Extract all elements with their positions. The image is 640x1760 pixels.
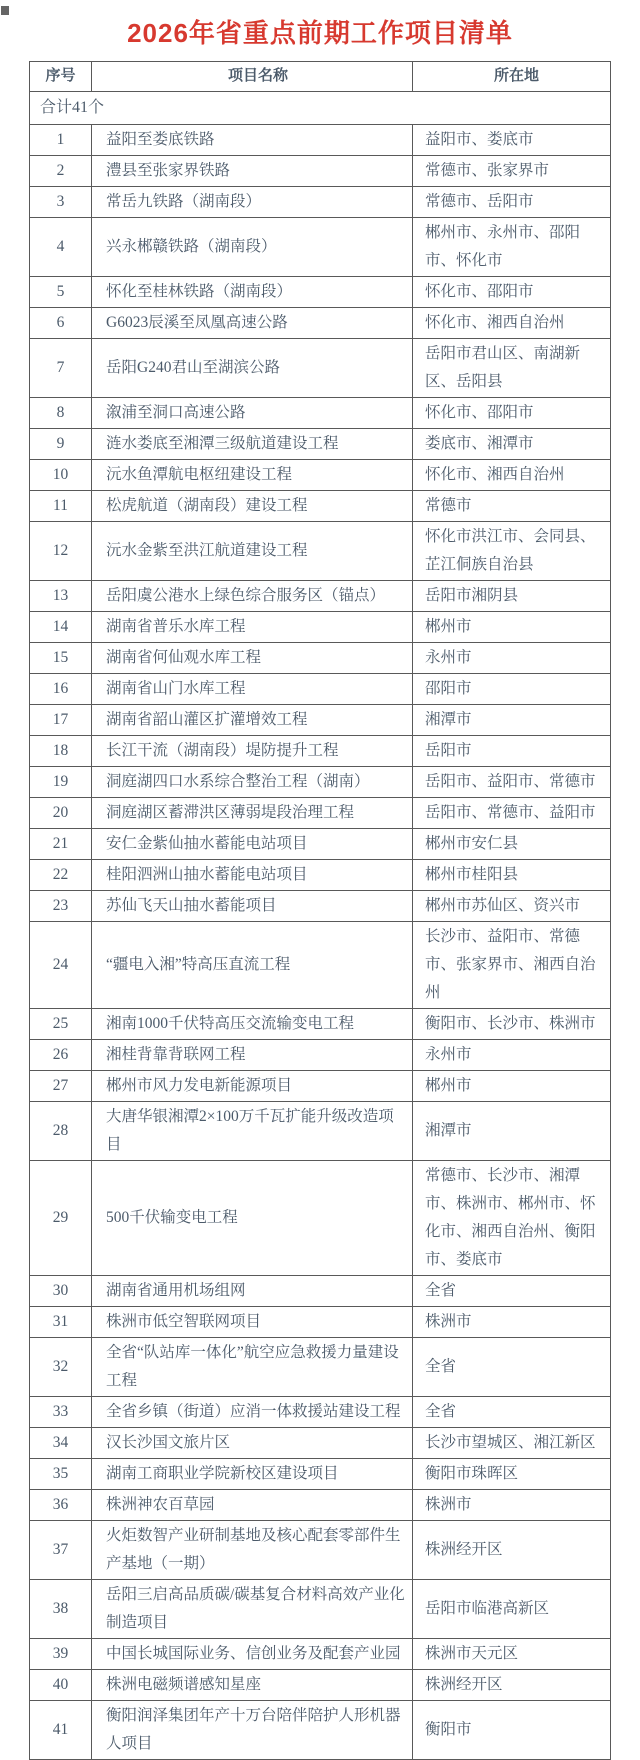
cell-location: 长沙市、益阳市、常德市、张家界市、湘西自治州	[413, 922, 611, 1009]
cell-name: 郴州市风力发电新能源项目	[92, 1071, 413, 1102]
cell-name: 汉长沙国文旅片区	[92, 1428, 413, 1459]
cell-location: 常德市、岳阳市	[413, 187, 611, 218]
header-seq: 序号	[30, 62, 92, 92]
cell-location: 株洲市	[413, 1490, 611, 1521]
table-row: 24“疆电入湘”特高压直流工程长沙市、益阳市、常德市、张家界市、湘西自治州	[30, 922, 611, 1009]
table-row: 20洞庭湖区蓄滞洪区薄弱堤段治理工程岳阳市、常德市、益阳市	[30, 798, 611, 829]
cell-seq: 23	[30, 891, 92, 922]
corner-artifact	[1, 6, 9, 15]
cell-seq: 14	[30, 612, 92, 643]
cell-seq: 28	[30, 1102, 92, 1161]
cell-name: 兴永郴赣铁路（湖南段）	[92, 218, 413, 277]
table-row: 2澧县至张家界铁路常德市、张家界市	[30, 156, 611, 187]
cell-location: 全省	[413, 1338, 611, 1397]
cell-name: 岳阳三启高品质碳/碳基复合材料高效产业化制造项目	[92, 1580, 413, 1639]
cell-location: 郴州市安仁县	[413, 829, 611, 860]
cell-location: 郴州市桂阳县	[413, 860, 611, 891]
cell-seq: 11	[30, 491, 92, 522]
cell-name: 洞庭湖四口水系综合整治工程（湖南）	[92, 767, 413, 798]
cell-location: 岳阳市湘阴县	[413, 581, 611, 612]
cell-name: 苏仙飞天山抽水蓄能项目	[92, 891, 413, 922]
table-row: 25湘南1000千伏特高压交流输变电工程衡阳市、长沙市、株洲市	[30, 1009, 611, 1040]
cell-seq: 1	[30, 125, 92, 156]
cell-name: 长江干流（湖南段）堤防提升工程	[92, 736, 413, 767]
table-row: 39中国长城国际业务、信创业务及配套产业园株洲市天元区	[30, 1639, 611, 1670]
cell-location: 郴州市、永州市、邵阳市、怀化市	[413, 218, 611, 277]
cell-name: 桂阳泗洲山抽水蓄能电站项目	[92, 860, 413, 891]
cell-name: 中国长城国际业务、信创业务及配套产业园	[92, 1639, 413, 1670]
cell-name: 怀化至桂林铁路（湖南段）	[92, 277, 413, 308]
table-row: 7岳阳G240君山至湖滨公路岳阳市君山区、南湖新区、岳阳县	[30, 339, 611, 398]
table-row: 12沅水金紫至洪江航道建设工程怀化市洪江市、会同县、芷江侗族自治县	[30, 522, 611, 581]
article-page: 2026年省重点前期工作项目清单 序号 项目名称 所在地 合计41个 1益阳至娄…	[0, 0, 640, 1760]
cell-seq: 20	[30, 798, 92, 829]
table-row: 29500千伏输变电工程常德市、长沙市、湘潭市、株洲市、郴州市、怀化市、湘西自治…	[30, 1161, 611, 1276]
cell-name: 湖南工商职业学院新校区建设项目	[92, 1459, 413, 1490]
cell-name: 火炬数智产业研制基地及核心配套零部件生产基地（一期）	[92, 1521, 413, 1580]
cell-name: 澧县至张家界铁路	[92, 156, 413, 187]
cell-seq: 22	[30, 860, 92, 891]
table-row: 34汉长沙国文旅片区长沙市望城区、湘江新区	[30, 1428, 611, 1459]
cell-location: 娄底市、湘潭市	[413, 429, 611, 460]
table-row: 8溆浦至洞口高速公路怀化市、邵阳市	[30, 398, 611, 429]
cell-location: 长沙市望城区、湘江新区	[413, 1428, 611, 1459]
cell-location: 怀化市、湘西自治州	[413, 460, 611, 491]
cell-name: 全省乡镇（街道）应消一体救援站建设工程	[92, 1397, 413, 1428]
table-row: 9涟水娄底至湘潭三级航道建设工程娄底市、湘潭市	[30, 429, 611, 460]
table-row: 16湖南省山门水库工程邵阳市	[30, 674, 611, 705]
cell-location: 常德市	[413, 491, 611, 522]
table-body: 合计41个 1益阳至娄底铁路益阳市、娄底市2澧县至张家界铁路常德市、张家界市3常…	[30, 92, 611, 1760]
table-row: 38岳阳三启高品质碳/碳基复合材料高效产业化制造项目岳阳市临港高新区	[30, 1580, 611, 1639]
cell-name: 全省“队站库一体化”航空应急救援力量建设工程	[92, 1338, 413, 1397]
cell-name: 松虎航道（湖南段）建设工程	[92, 491, 413, 522]
table-head: 序号 项目名称 所在地	[30, 62, 611, 92]
cell-seq: 41	[30, 1701, 92, 1760]
table-row: 14湖南省普乐水库工程郴州市	[30, 612, 611, 643]
cell-seq: 21	[30, 829, 92, 860]
cell-seq: 31	[30, 1307, 92, 1338]
cell-location: 常德市、张家界市	[413, 156, 611, 187]
cell-seq: 3	[30, 187, 92, 218]
cell-name: 岳阳G240君山至湖滨公路	[92, 339, 413, 398]
table-row: 13岳阳虞公港水上绿色综合服务区（锚点）岳阳市湘阴县	[30, 581, 611, 612]
cell-location: 岳阳市临港高新区	[413, 1580, 611, 1639]
table-row: 30湖南省通用机场组网全省	[30, 1276, 611, 1307]
cell-seq: 4	[30, 218, 92, 277]
cell-location: 怀化市洪江市、会同县、芷江侗族自治县	[413, 522, 611, 581]
cell-name: 涟水娄底至湘潭三级航道建设工程	[92, 429, 413, 460]
table-row: 32全省“队站库一体化”航空应急救援力量建设工程全省	[30, 1338, 611, 1397]
table-row: 10沅水鱼潭航电枢纽建设工程怀化市、湘西自治州	[30, 460, 611, 491]
cell-location: 全省	[413, 1276, 611, 1307]
cell-location: 湘潭市	[413, 705, 611, 736]
cell-name: 湖南省何仙观水库工程	[92, 643, 413, 674]
cell-location: 常德市、长沙市、湘潭市、株洲市、郴州市、怀化市、湘西自治州、衡阳市、娄底市	[413, 1161, 611, 1276]
cell-location: 郴州市	[413, 612, 611, 643]
cell-seq: 13	[30, 581, 92, 612]
cell-name: 湖南省通用机场组网	[92, 1276, 413, 1307]
cell-location: 郴州市	[413, 1071, 611, 1102]
cell-seq: 35	[30, 1459, 92, 1490]
cell-name: 沅水金紫至洪江航道建设工程	[92, 522, 413, 581]
cell-name: 溆浦至洞口高速公路	[92, 398, 413, 429]
table-row: 36株洲神农百草园株洲市	[30, 1490, 611, 1521]
cell-name: 大唐华银湘潭2×100万千瓦扩能升级改造项目	[92, 1102, 413, 1161]
cell-seq: 5	[30, 277, 92, 308]
table-row: 3常岳九铁路（湖南段）常德市、岳阳市	[30, 187, 611, 218]
cell-name: 湖南省普乐水库工程	[92, 612, 413, 643]
table-row: 37火炬数智产业研制基地及核心配套零部件生产基地（一期）株洲经开区	[30, 1521, 611, 1580]
cell-seq: 2	[30, 156, 92, 187]
table-row: 6G6023辰溪至凤凰高速公路怀化市、湘西自治州	[30, 308, 611, 339]
cell-name: 衡阳润泽集团年产十万台陪伴陪护人形机器人项目	[92, 1701, 413, 1760]
cell-location: 株洲市	[413, 1307, 611, 1338]
table-row: 31株洲市低空智联网项目株洲市	[30, 1307, 611, 1338]
cell-seq: 12	[30, 522, 92, 581]
cell-seq: 16	[30, 674, 92, 705]
cell-seq: 37	[30, 1521, 92, 1580]
cell-location: 衡阳市	[413, 1701, 611, 1760]
table-row: 35湖南工商职业学院新校区建设项目衡阳市珠晖区	[30, 1459, 611, 1490]
cell-location: 怀化市、邵阳市	[413, 398, 611, 429]
cell-seq: 30	[30, 1276, 92, 1307]
cell-name: 常岳九铁路（湖南段）	[92, 187, 413, 218]
cell-seq: 8	[30, 398, 92, 429]
cell-location: 益阳市、娄底市	[413, 125, 611, 156]
cell-location: 株洲经开区	[413, 1521, 611, 1580]
table-row: 33全省乡镇（街道）应消一体救援站建设工程全省	[30, 1397, 611, 1428]
cell-seq: 34	[30, 1428, 92, 1459]
cell-name: 湖南省山门水库工程	[92, 674, 413, 705]
cell-name: 沅水鱼潭航电枢纽建设工程	[92, 460, 413, 491]
cell-name: 湘南1000千伏特高压交流输变电工程	[92, 1009, 413, 1040]
cell-location: 衡阳市珠晖区	[413, 1459, 611, 1490]
table-row: 19洞庭湖四口水系综合整治工程（湖南）岳阳市、益阳市、常德市	[30, 767, 611, 798]
cell-name: 株洲市低空智联网项目	[92, 1307, 413, 1338]
cell-name: 株洲电磁频谱感知星座	[92, 1670, 413, 1701]
cell-seq: 36	[30, 1490, 92, 1521]
cell-seq: 40	[30, 1670, 92, 1701]
cell-seq: 7	[30, 339, 92, 398]
cell-name: 安仁金紫仙抽水蓄能电站项目	[92, 829, 413, 860]
cell-location: 邵阳市	[413, 674, 611, 705]
table-row: 23苏仙飞天山抽水蓄能项目郴州市苏仙区、资兴市	[30, 891, 611, 922]
cell-name: 500千伏输变电工程	[92, 1161, 413, 1276]
project-table: 序号 项目名称 所在地 合计41个 1益阳至娄底铁路益阳市、娄底市2澧县至张家界…	[29, 61, 611, 1760]
cell-seq: 15	[30, 643, 92, 674]
page-title: 2026年省重点前期工作项目清单	[0, 0, 640, 61]
cell-location: 怀化市、邵阳市	[413, 277, 611, 308]
table-row: 41衡阳润泽集团年产十万台陪伴陪护人形机器人项目衡阳市	[30, 1701, 611, 1760]
table-row: 28大唐华银湘潭2×100万千瓦扩能升级改造项目湘潭市	[30, 1102, 611, 1161]
cell-location: 永州市	[413, 1040, 611, 1071]
cell-seq: 27	[30, 1071, 92, 1102]
cell-name: 株洲神农百草园	[92, 1490, 413, 1521]
cell-location: 岳阳市君山区、南湖新区、岳阳县	[413, 339, 611, 398]
cell-location: 衡阳市、长沙市、株洲市	[413, 1009, 611, 1040]
cell-name: 湘桂背靠背联网工程	[92, 1040, 413, 1071]
cell-name: 益阳至娄底铁路	[92, 125, 413, 156]
table-row: 40株洲电磁频谱感知星座株洲经开区	[30, 1670, 611, 1701]
cell-seq: 18	[30, 736, 92, 767]
cell-seq: 26	[30, 1040, 92, 1071]
cell-seq: 25	[30, 1009, 92, 1040]
table-row: 17湖南省韶山灌区扩灌增效工程湘潭市	[30, 705, 611, 736]
cell-name: 湖南省韶山灌区扩灌增效工程	[92, 705, 413, 736]
cell-name: “疆电入湘”特高压直流工程	[92, 922, 413, 1009]
cell-seq: 9	[30, 429, 92, 460]
cell-seq: 38	[30, 1580, 92, 1639]
header-name: 项目名称	[92, 62, 413, 92]
cell-seq: 19	[30, 767, 92, 798]
header-location: 所在地	[413, 62, 611, 92]
cell-location: 岳阳市、常德市、益阳市	[413, 798, 611, 829]
table-row: 11松虎航道（湖南段）建设工程常德市	[30, 491, 611, 522]
cell-location: 湘潭市	[413, 1102, 611, 1161]
cell-seq: 6	[30, 308, 92, 339]
cell-name: G6023辰溪至凤凰高速公路	[92, 308, 413, 339]
table-row: 27郴州市风力发电新能源项目郴州市	[30, 1071, 611, 1102]
table-row: 22桂阳泗洲山抽水蓄能电站项目郴州市桂阳县	[30, 860, 611, 891]
cell-location: 岳阳市	[413, 736, 611, 767]
cell-location: 株洲经开区	[413, 1670, 611, 1701]
cell-name: 洞庭湖区蓄滞洪区薄弱堤段治理工程	[92, 798, 413, 829]
cell-location: 怀化市、湘西自治州	[413, 308, 611, 339]
table-row: 1益阳至娄底铁路益阳市、娄底市	[30, 125, 611, 156]
table-row: 15湖南省何仙观水库工程永州市	[30, 643, 611, 674]
cell-seq: 17	[30, 705, 92, 736]
cell-seq: 10	[30, 460, 92, 491]
cell-location: 永州市	[413, 643, 611, 674]
cell-location: 郴州市苏仙区、资兴市	[413, 891, 611, 922]
cell-seq: 24	[30, 922, 92, 1009]
cell-name: 岳阳虞公港水上绿色综合服务区（锚点）	[92, 581, 413, 612]
table-header-row: 序号 项目名称 所在地	[30, 62, 611, 92]
cell-seq: 33	[30, 1397, 92, 1428]
table-row: 5怀化至桂林铁路（湖南段）怀化市、邵阳市	[30, 277, 611, 308]
cell-seq: 29	[30, 1161, 92, 1276]
table-row: 18长江干流（湖南段）堤防提升工程岳阳市	[30, 736, 611, 767]
cell-location: 株洲市天元区	[413, 1639, 611, 1670]
cell-location: 全省	[413, 1397, 611, 1428]
cell-seq: 39	[30, 1639, 92, 1670]
table-row: 26湘桂背靠背联网工程永州市	[30, 1040, 611, 1071]
table-row: 4兴永郴赣铁路（湖南段）郴州市、永州市、邵阳市、怀化市	[30, 218, 611, 277]
table-row: 21安仁金紫仙抽水蓄能电站项目郴州市安仁县	[30, 829, 611, 860]
summary-row: 合计41个	[30, 92, 611, 125]
cell-seq: 32	[30, 1338, 92, 1397]
summary-total: 合计41个	[30, 92, 611, 125]
cell-location: 岳阳市、益阳市、常德市	[413, 767, 611, 798]
